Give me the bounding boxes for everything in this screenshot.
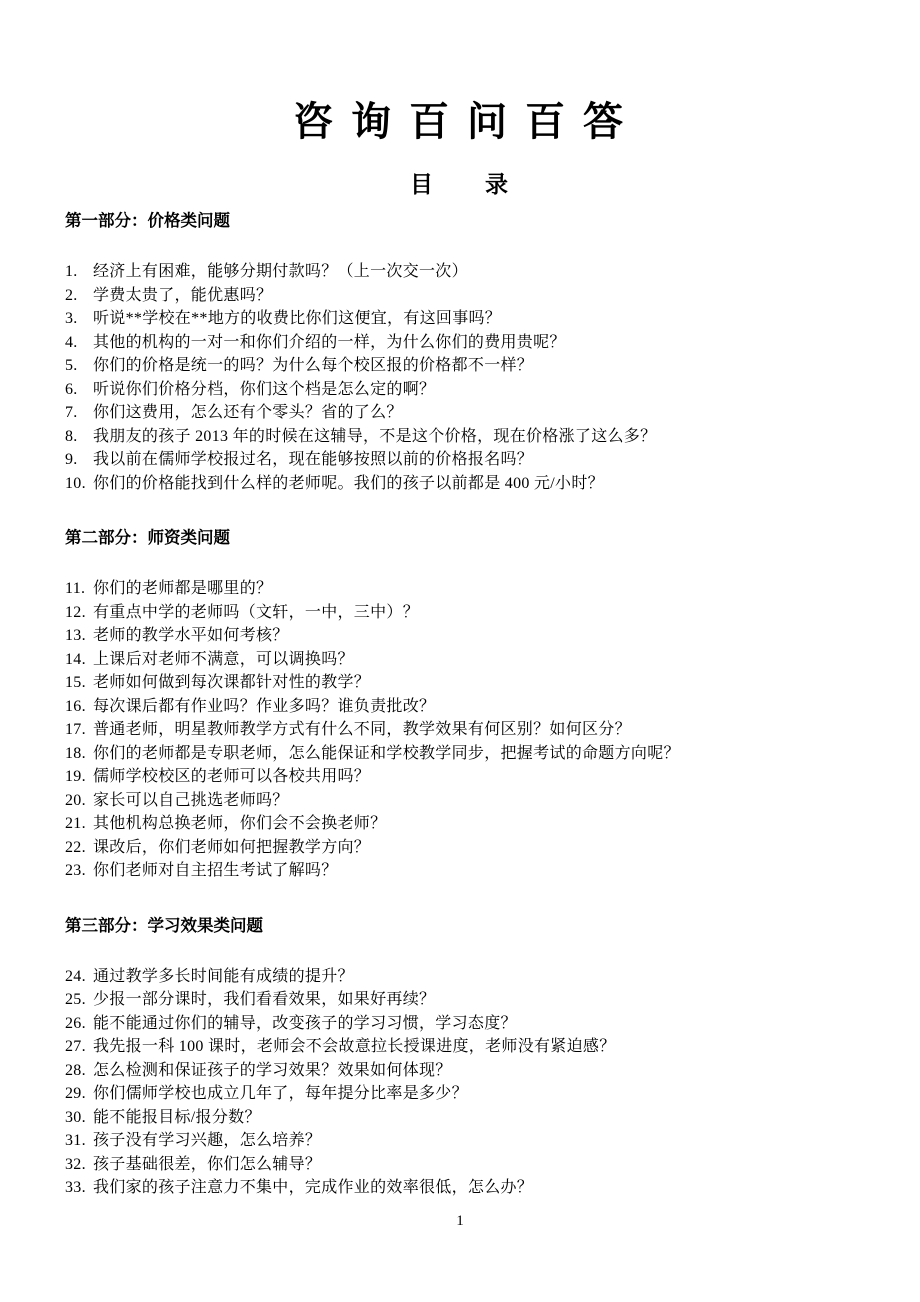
question-item: 21. 其他机构总换老师，你们会不会换老师？ xyxy=(65,812,870,836)
question-text: 孩子基础很差，你们怎么辅导？ xyxy=(93,1153,870,1177)
question-number: 8. xyxy=(65,425,93,449)
question-text: 家长可以自己挑选老师吗？ xyxy=(93,789,870,813)
question-item: 1. 经济上有困难，能够分期付款吗？（上一次交一次） xyxy=(65,260,870,284)
toc-section: 第三部分：学习效果类问题 24. 通过教学多长时间能有成绩的提升？ 25. 少报… xyxy=(0,917,920,1200)
toc-sections: 第一部分：价格类问题 1. 经济上有困难，能够分期付款吗？（上一次交一次） 2.… xyxy=(0,212,920,1200)
section-heading-1: 第一部分：价格类问题 xyxy=(65,212,865,230)
toc-section: 第一部分：价格类问题 1. 经济上有困难，能够分期付款吗？（上一次交一次） 2.… xyxy=(0,212,920,495)
question-item: 29. 你们儒师学校也成立几年了，每年提分比率是多少？ xyxy=(65,1082,870,1106)
question-text: 我先报一科 100 课时，老师会不会故意拉长授课进度，老师没有紧迫感？ xyxy=(93,1035,870,1059)
section-heading-3: 第三部分：学习效果类问题 xyxy=(65,917,865,935)
question-text: 我朋友的孩子 2013 年的时候在这辅导，不是这个价格，现在价格涨了这么多？ xyxy=(93,425,870,449)
question-number: 19. xyxy=(65,765,93,789)
question-number: 25. xyxy=(65,988,93,1012)
question-list: 1. 经济上有困难，能够分期付款吗？（上一次交一次） 2. 学费太贵了，能优惠吗… xyxy=(0,260,920,495)
question-text: 我以前在儒师学校报过名，现在能够按照以前的价格报名吗？ xyxy=(93,448,870,472)
question-number: 18. xyxy=(65,742,93,766)
question-item: 9. 我以前在儒师学校报过名，现在能够按照以前的价格报名吗？ xyxy=(65,448,870,472)
question-text: 你们老师对自主招生考试了解吗？ xyxy=(93,859,870,883)
question-number: 3. xyxy=(65,307,93,331)
section-heading-2: 第二部分：师资类问题 xyxy=(65,529,865,547)
document-title: 咨 询 百 问 百 答 xyxy=(0,100,920,144)
question-number: 31. xyxy=(65,1129,93,1153)
question-item: 33. 我们家的孩子注意力不集中，完成作业的效率很低，怎么办？ xyxy=(65,1176,870,1200)
question-item: 2. 学费太贵了，能优惠吗？ xyxy=(65,284,870,308)
question-item: 12. 有重点中学的老师吗（文轩，一中，三中）？ xyxy=(65,601,870,625)
question-item: 27. 我先报一科 100 课时，老师会不会故意拉长授课进度，老师没有紧迫感？ xyxy=(65,1035,870,1059)
question-text: 我们家的孩子注意力不集中，完成作业的效率很低，怎么办？ xyxy=(93,1176,870,1200)
question-number: 6. xyxy=(65,378,93,402)
question-text: 你们的价格是统一的吗？为什么每个校区报的价格都不一样？ xyxy=(93,354,870,378)
question-number: 1. xyxy=(65,260,93,284)
question-item: 11. 你们的老师都是哪里的？ xyxy=(65,577,870,601)
question-number: 11. xyxy=(65,577,93,601)
question-item: 30. 能不能报目标/报分数？ xyxy=(65,1106,870,1130)
question-text: 你们这费用，怎么还有个零头？省的了么？ xyxy=(93,401,870,425)
question-number: 23. xyxy=(65,859,93,883)
question-item: 14. 上课后对老师不满意，可以调换吗？ xyxy=(65,648,870,672)
question-item: 18. 你们的老师都是专职老师，怎么能保证和学校教学同步，把握考试的命题方向呢？ xyxy=(65,742,870,766)
question-number: 2. xyxy=(65,284,93,308)
question-number: 32. xyxy=(65,1153,93,1177)
question-text: 经济上有困难，能够分期付款吗？（上一次交一次） xyxy=(93,260,870,284)
question-number: 12. xyxy=(65,601,93,625)
question-text: 老师如何做到每次课都针对性的教学？ xyxy=(93,671,870,695)
question-number: 29. xyxy=(65,1082,93,1106)
question-text: 你们儒师学校也成立几年了，每年提分比率是多少？ xyxy=(93,1082,870,1106)
question-number: 33. xyxy=(65,1176,93,1200)
question-text: 普通老师，明星教师教学方式有什么不同，教学效果有何区别？如何区分？ xyxy=(93,718,870,742)
question-text: 有重点中学的老师吗（文轩，一中，三中）？ xyxy=(93,601,870,625)
question-text: 怎么检测和保证孩子的学习效果？效果如何体现？ xyxy=(93,1059,870,1083)
question-text: 你们的老师都是专职老师，怎么能保证和学校教学同步，把握考试的命题方向呢？ xyxy=(93,742,870,766)
question-number: 24. xyxy=(65,965,93,989)
question-text: 课改后，你们老师如何把握教学方向？ xyxy=(93,836,870,860)
question-item: 22. 课改后，你们老师如何把握教学方向？ xyxy=(65,836,870,860)
question-item: 17. 普通老师，明星教师教学方式有什么不同，教学效果有何区别？如何区分？ xyxy=(65,718,870,742)
question-item: 4. 其他的机构的一对一和你们介绍的一样，为什么你们的费用贵呢？ xyxy=(65,331,870,355)
document-page: 咨 询 百 问 百 答 目 录 第一部分：价格类问题 1. 经济上有困难，能够分… xyxy=(0,0,920,1302)
question-item: 8. 我朋友的孩子 2013 年的时候在这辅导，不是这个价格，现在价格涨了这么多… xyxy=(65,425,870,449)
page-number: 1 xyxy=(0,1213,920,1229)
question-item: 26. 能不能通过你们的辅导，改变孩子的学习习惯，学习态度？ xyxy=(65,1012,870,1036)
question-text: 听说你们价格分档，你们这个档是怎么定的啊？ xyxy=(93,378,870,402)
question-number: 30. xyxy=(65,1106,93,1130)
question-number: 15. xyxy=(65,671,93,695)
question-text: 其他的机构的一对一和你们介绍的一样，为什么你们的费用贵呢？ xyxy=(93,331,870,355)
question-number: 28. xyxy=(65,1059,93,1083)
question-item: 23. 你们老师对自主招生考试了解吗？ xyxy=(65,859,870,883)
question-number: 13. xyxy=(65,624,93,648)
question-text: 每次课后都有作业吗？作业多吗？谁负责批改？ xyxy=(93,695,870,719)
question-list: 24. 通过教学多长时间能有成绩的提升？ 25. 少报一部分课时，我们看看效果，… xyxy=(0,965,920,1200)
question-number: 21. xyxy=(65,812,93,836)
question-text: 听说**学校在**地方的收费比你们这便宜，有这回事吗？ xyxy=(93,307,870,331)
question-text: 通过教学多长时间能有成绩的提升？ xyxy=(93,965,870,989)
question-item: 13. 老师的教学水平如何考核？ xyxy=(65,624,870,648)
toc-heading: 目 录 xyxy=(0,172,920,198)
question-item: 20. 家长可以自己挑选老师吗？ xyxy=(65,789,870,813)
question-text: 你们的价格能找到什么样的老师呢。我们的孩子以前都是 400 元/小时？ xyxy=(93,472,870,496)
question-item: 7. 你们这费用，怎么还有个零头？省的了么？ xyxy=(65,401,870,425)
toc-section: 第二部分：师资类问题 11. 你们的老师都是哪里的？ 12. 有重点中学的老师吗… xyxy=(0,529,920,883)
question-number: 10. xyxy=(65,472,93,496)
question-item: 31. 孩子没有学习兴趣，怎么培养？ xyxy=(65,1129,870,1153)
question-item: 6. 听说你们价格分档，你们这个档是怎么定的啊？ xyxy=(65,378,870,402)
question-text: 上课后对老师不满意，可以调换吗？ xyxy=(93,648,870,672)
question-list: 11. 你们的老师都是哪里的？ 12. 有重点中学的老师吗（文轩，一中，三中）？… xyxy=(0,577,920,883)
question-number: 22. xyxy=(65,836,93,860)
question-item: 25. 少报一部分课时，我们看看效果，如果好再续？ xyxy=(65,988,870,1012)
question-text: 其他机构总换老师，你们会不会换老师？ xyxy=(93,812,870,836)
question-text: 孩子没有学习兴趣，怎么培养？ xyxy=(93,1129,870,1153)
question-item: 15. 老师如何做到每次课都针对性的教学？ xyxy=(65,671,870,695)
question-number: 17. xyxy=(65,718,93,742)
question-text: 老师的教学水平如何考核？ xyxy=(93,624,870,648)
question-item: 5. 你们的价格是统一的吗？为什么每个校区报的价格都不一样？ xyxy=(65,354,870,378)
question-number: 4. xyxy=(65,331,93,355)
question-item: 3. 听说**学校在**地方的收费比你们这便宜，有这回事吗？ xyxy=(65,307,870,331)
question-text: 少报一部分课时，我们看看效果，如果好再续？ xyxy=(93,988,870,1012)
question-number: 16. xyxy=(65,695,93,719)
question-item: 24. 通过教学多长时间能有成绩的提升？ xyxy=(65,965,870,989)
question-number: 14. xyxy=(65,648,93,672)
question-text: 能不能通过你们的辅导，改变孩子的学习习惯，学习态度？ xyxy=(93,1012,870,1036)
question-item: 16. 每次课后都有作业吗？作业多吗？谁负责批改？ xyxy=(65,695,870,719)
question-number: 9. xyxy=(65,448,93,472)
question-item: 28. 怎么检测和保证孩子的学习效果？效果如何体现？ xyxy=(65,1059,870,1083)
question-item: 10. 你们的价格能找到什么样的老师呢。我们的孩子以前都是 400 元/小时？ xyxy=(65,472,870,496)
question-text: 能不能报目标/报分数？ xyxy=(93,1106,870,1130)
question-number: 5. xyxy=(65,354,93,378)
question-number: 20. xyxy=(65,789,93,813)
question-number: 27. xyxy=(65,1035,93,1059)
question-item: 32. 孩子基础很差，你们怎么辅导？ xyxy=(65,1153,870,1177)
question-text: 儒师学校校区的老师可以各校共用吗？ xyxy=(93,765,870,789)
question-text: 你们的老师都是哪里的？ xyxy=(93,577,870,601)
question-text: 学费太贵了，能优惠吗？ xyxy=(93,284,870,308)
question-number: 26. xyxy=(65,1012,93,1036)
question-number: 7. xyxy=(65,401,93,425)
question-item: 19. 儒师学校校区的老师可以各校共用吗？ xyxy=(65,765,870,789)
